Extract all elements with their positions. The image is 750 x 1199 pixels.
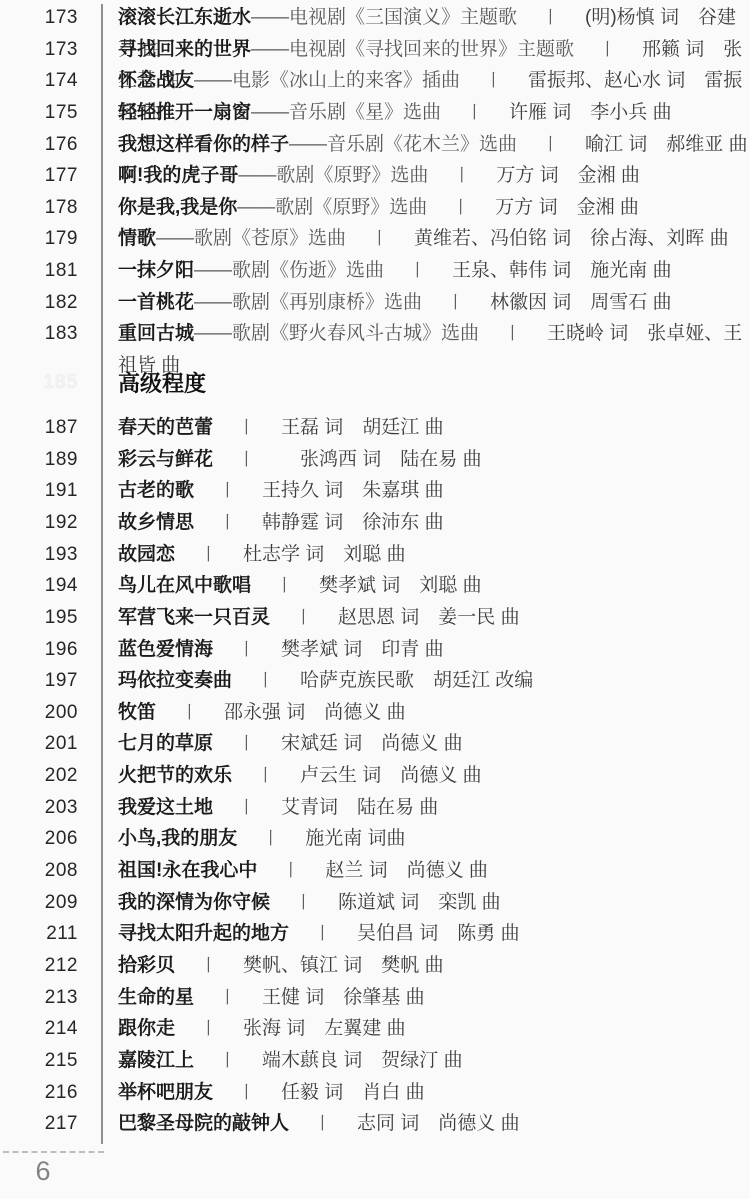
entry-separator: 丨 [452,192,469,224]
entry-text: 七月的草原丨宋斌廷 词 尚德义 曲 [118,728,463,760]
section-page-number: 185 [0,371,78,394]
toc-entry: 179情歌——歌剧《苍原》选曲丨黄维若、冯伯铭 词 徐占海、刘晖 曲 [0,223,750,255]
entry-page-number: 201 [0,728,78,760]
toc-page: 173滚滚长江东逝水——电视剧《三国演义》主题歌丨(明)杨慎 词 谷建芬 曲17… [0,0,750,1199]
entry-title: 我想这样看你的样子 [118,134,289,155]
toc-entry: 178你是我,我是你——歌剧《原野》选曲丨万方 词 金湘 曲 [0,192,750,224]
entry-text: 鸟儿在风中歌唱丨樊孝斌 词 刘聪 曲 [118,570,482,602]
entry-text: 小鸟,我的朋友丨施光南 词曲 [118,823,406,855]
entry-separator: 丨 [599,34,616,66]
entry-page-number: 212 [0,950,78,982]
entry-page-number: 173 [0,34,78,66]
entry-credits: 林徽因 词 周雪石 曲 [490,292,672,313]
entry-page-number: 216 [0,1077,78,1109]
entry-title: 小鸟,我的朋友 [118,828,237,849]
entry-text: 跟你走丨张海 词 左翼建 曲 [118,1013,406,1045]
entry-subtitle: ——歌剧《苍原》选曲 [156,228,346,249]
toc-entry: 213生命的星丨王健 词 徐肇基 曲 [0,982,750,1014]
entry-separator: 丨 [282,855,299,887]
entry-credits: 张海 词 左翼建 曲 [243,1018,406,1039]
entry-page-number: 181 [0,255,78,287]
entry-title: 你是我,我是你 [118,197,237,218]
toc-section-intermediate-continued: 173滚滚长江东逝水——电视剧《三国演义》主题歌丨(明)杨慎 词 谷建芬 曲17… [0,2,750,350]
entry-separator: 丨 [447,287,464,319]
entry-separator: 丨 [371,223,388,255]
entry-page-number: 173 [0,2,78,34]
toc-entry: 203我爱这土地丨艾青词 陆在易 曲 [0,792,750,824]
entry-title: 巴黎圣母院的敲钟人 [118,1113,289,1134]
entry-separator: 丨 [238,1077,255,1109]
entry-subtitle: ——歌剧《野火春风斗古城》选曲 [194,323,479,344]
entry-separator: 丨 [314,918,331,950]
entry-title: 彩云与鲜花 [118,449,213,470]
entry-page-number: 175 [0,97,78,129]
entry-credits: 王磊 词 胡廷江 曲 [281,417,444,438]
entry-separator: 丨 [238,444,255,476]
entry-title: 轻轻推开一扇窗 [118,102,251,123]
footer-dashed-line [3,1151,104,1153]
toc-entry: 173滚滚长江东逝水——电视剧《三国演义》主题歌丨(明)杨慎 词 谷建芬 曲 [0,2,750,34]
entry-title: 故园恋 [118,544,175,565]
entry-page-number: 178 [0,192,78,224]
entry-credits: 吴伯昌 词 陈勇 曲 [357,923,520,944]
entry-title: 滚滚长江东逝水 [118,7,251,28]
entry-credits: 艾青词 陆在易 曲 [281,797,438,818]
entry-credits: 张鸿西 词 陆在易 曲 [281,449,482,470]
entry-text: 啊!我的虎子哥——歌剧《原野》选曲丨万方 词 金湘 曲 [118,160,640,192]
entry-separator: 丨 [219,475,236,507]
toc-entry: 214跟你走丨张海 词 左翼建 曲 [0,1013,750,1045]
entry-credits: 邵永强 词 尚德义 曲 [224,702,406,723]
entry-separator: 丨 [257,760,274,792]
entry-separator: 丨 [200,1013,217,1045]
entry-page-number: 196 [0,634,78,666]
entry-separator: 丨 [181,697,198,729]
entry-page-number: 195 [0,602,78,634]
entry-subtitle: ——电视剧《寻找回来的世界》主题歌 [251,39,574,60]
entry-separator: 丨 [200,950,217,982]
toc-section-advanced: 185高级程度187春天的芭蕾丨王磊 词 胡廷江 曲189彩云与鲜花丨 张鸿西 … [0,358,750,1140]
entry-text: 我爱这土地丨艾青词 陆在易 曲 [118,792,438,824]
toc-entry: 202火把节的欢乐丨卢云生 词 尚德义 曲 [0,760,750,792]
entry-title: 春天的芭蕾 [118,417,213,438]
entry-separator: 丨 [238,792,255,824]
entry-page-number: 209 [0,887,78,919]
entry-subtitle: ——电影《冰山上的来客》插曲 [194,70,460,91]
toc-entry: 182一首桃花——歌剧《再别康桥》选曲丨林徽因 词 周雪石 曲 [0,287,750,319]
entry-separator: 丨 [257,665,274,697]
entry-separator: 丨 [295,887,312,919]
toc-entry: 208祖国!永在我心中丨赵兰 词 尚德义 曲 [0,855,750,887]
toc-entry: 173寻找回来的世界——电视剧《寻找回来的世界》主题歌丨邢籁 词 张丕基 曲 [0,34,750,66]
entry-page-number: 192 [0,507,78,539]
toc-entry: 216举杯吧朋友丨任毅 词 肖白 曲 [0,1077,750,1109]
entry-separator: 丨 [314,1108,331,1140]
entry-separator: 丨 [200,539,217,571]
entry-text: 彩云与鲜花丨 张鸿西 词 陆在易 曲 [118,444,482,476]
entry-separator: 丨 [238,634,255,666]
entry-text: 蓝色爱情海丨樊孝斌 词 印青 曲 [118,634,444,666]
toc-entry: 200牧笛丨邵永强 词 尚德义 曲 [0,697,750,729]
entry-credits: 赵思恩 词 姜一民 曲 [338,607,520,628]
entry-page-number: 213 [0,982,78,1014]
entry-text: 古老的歌丨王持久 词 朱嘉琪 曲 [118,475,444,507]
entry-credits: 端木蕻良 词 贺绿汀 曲 [262,1050,463,1071]
entry-credits: 韩静霆 词 徐沛东 曲 [262,512,444,533]
entry-subtitle: ——歌剧《原野》选曲 [238,165,428,186]
entry-subtitle: ——音乐剧《花木兰》选曲 [289,134,517,155]
entry-credits: 施光南 词曲 [305,828,405,849]
entry-title: 怀念战友 [118,70,194,91]
entry-credits: 许雁 词 李小兵 曲 [509,102,672,123]
entry-title: 蓝色爱情海 [118,639,213,660]
entry-title: 火把节的欢乐 [118,765,232,786]
entry-credits: 志同 词 尚德义 曲 [357,1113,520,1134]
entry-credits: 任毅 词 肖白 曲 [281,1082,425,1103]
toc-entry: 217巴黎圣母院的敲钟人丨志同 词 尚德义 曲 [0,1108,750,1140]
section-entries: 187春天的芭蕾丨王磊 词 胡廷江 曲189彩云与鲜花丨 张鸿西 词 陆在易 曲… [0,412,750,1140]
entry-text: 祖国!永在我心中丨赵兰 词 尚德义 曲 [118,855,488,887]
toc-entry: 177啊!我的虎子哥——歌剧《原野》选曲丨万方 词 金湘 曲 [0,160,750,192]
entry-title: 跟你走 [118,1018,175,1039]
entry-credits: 王健 词 徐肇基 曲 [262,987,425,1008]
entry-credits: 哈萨克族民歌 胡廷江 改编 [300,670,533,691]
entry-title: 一抹夕阳 [118,260,194,281]
entry-title: 寻找太阳升起的地方 [118,923,289,944]
entry-credits: 樊帆、镇江 词 樊帆 曲 [243,955,444,976]
entry-subtitle: ——电视剧《三国演义》主题歌 [251,7,517,28]
entry-page-number: 206 [0,823,78,855]
entry-text: 一首桃花——歌剧《再别康桥》选曲丨林徽因 词 周雪石 曲 [118,287,672,319]
toc-entry: 193故园恋丨杜志学 词 刘聪 曲 [0,539,750,571]
toc-entry: 191古老的歌丨王持久 词 朱嘉琪 曲 [0,475,750,507]
entry-separator: 丨 [238,728,255,760]
entry-separator: 丨 [542,129,559,161]
entry-title: 玛依拉变奏曲 [118,670,232,691]
entry-separator: 丨 [409,255,426,287]
entry-page-number: 187 [0,412,78,444]
entry-title: 我的深情为你守候 [118,892,270,913]
entry-title: 生命的星 [118,987,194,1008]
entry-separator: 丨 [295,602,312,634]
entry-page-number: 214 [0,1013,78,1045]
entry-page-number: 179 [0,223,78,255]
entry-page-number: 197 [0,665,78,697]
toc-entry: 195军营飞来一只百灵丨赵思恩 词 姜一民 曲 [0,602,750,634]
entry-page-number: 189 [0,444,78,476]
toc-entry: 174怀念战友——电影《冰山上的来客》插曲丨雷振邦、赵心水 词 雷振邦 曲 [0,65,750,97]
entry-page-number: 208 [0,855,78,887]
entry-title: 故乡情思 [118,512,194,533]
entry-credits: 陈道斌 词 栾凯 曲 [338,892,501,913]
toc-entry: 201七月的草原丨宋斌廷 词 尚德义 曲 [0,728,750,760]
entry-page-number: 211 [0,918,78,950]
toc-entry: 212拾彩贝丨樊帆、镇江 词 樊帆 曲 [0,950,750,982]
entry-title: 鸟儿在风中歌唱 [118,575,251,596]
entry-page-number: 191 [0,475,78,507]
toc-entry: 175轻轻推开一扇窗——音乐剧《星》选曲丨许雁 词 李小兵 曲 [0,97,750,129]
entry-subtitle: ——歌剧《再别康桥》选曲 [194,292,422,313]
entry-page-number: 203 [0,792,78,824]
entry-text: 火把节的欢乐丨卢云生 词 尚德义 曲 [118,760,482,792]
toc-list: 173滚滚长江东逝水——电视剧《三国演义》主题歌丨(明)杨慎 词 谷建芬 曲17… [0,0,750,1140]
toc-entry: 211寻找太阳升起的地方丨吴伯昌 词 陈勇 曲 [0,918,750,950]
entry-separator: 丨 [276,570,293,602]
entry-separator: 丨 [219,1045,236,1077]
entry-subtitle: ——音乐剧《星》选曲 [251,102,441,123]
toc-entry: 197玛依拉变奏曲丨哈萨克族民歌 胡廷江 改编 [0,665,750,697]
toc-entry: 196蓝色爱情海丨樊孝斌 词 印青 曲 [0,634,750,666]
entry-text: 军营飞来一只百灵丨赵思恩 词 姜一民 曲 [118,602,520,634]
entry-text: 你是我,我是你——歌剧《原野》选曲丨万方 词 金湘 曲 [118,192,639,224]
entry-page-number: 174 [0,65,78,97]
entry-page-number: 176 [0,129,78,161]
entry-text: 玛依拉变奏曲丨哈萨克族民歌 胡廷江 改编 [118,665,533,697]
entry-credits: 杜志学 词 刘聪 曲 [243,544,406,565]
entry-separator: 丨 [453,160,470,192]
entry-title: 军营飞来一只百灵 [118,607,270,628]
entry-text: 牧笛丨邵永强 词 尚德义 曲 [118,697,406,729]
section-entries: 173滚滚长江东逝水——电视剧《三国演义》主题歌丨(明)杨慎 词 谷建芬 曲17… [0,2,750,350]
toc-entry: 187春天的芭蕾丨王磊 词 胡廷江 曲 [0,412,750,444]
entry-credits: 万方 词 金湘 曲 [495,197,639,218]
entry-credits: 王持久 词 朱嘉琪 曲 [262,480,444,501]
entry-page-number: 202 [0,760,78,792]
entry-separator: 丨 [504,318,521,350]
entry-credits: 赵兰 词 尚德义 曲 [325,860,488,881]
entry-credits: 喻江 词 郝维亚 曲 [585,134,748,155]
entry-page-number: 183 [0,318,78,350]
entry-title: 啊!我的虎子哥 [118,165,238,186]
entry-separator: 丨 [485,65,502,97]
entry-credits: 黄维若、冯伯铭 词 徐占海、刘晖 曲 [414,228,729,249]
entry-text: 一抹夕阳——歌剧《伤逝》选曲丨王泉、韩伟 词 施光南 曲 [118,255,672,287]
entry-page-number: 177 [0,160,78,192]
entry-title: 七月的草原 [118,733,213,754]
toc-entry: 209我的深情为你守候丨陈道斌 词 栾凯 曲 [0,887,750,919]
toc-entry: 192故乡情思丨韩静霆 词 徐沛东 曲 [0,507,750,539]
entry-title: 牧笛 [118,702,156,723]
entry-page-number: 215 [0,1045,78,1077]
entry-text: 我想这样看你的样子——音乐剧《花木兰》选曲丨喻江 词 郝维亚 曲 [118,129,748,161]
entry-credits: 卢云生 词 尚德义 曲 [300,765,482,786]
entry-page-number: 217 [0,1108,78,1140]
entry-credits: 万方 词 金湘 曲 [496,165,640,186]
toc-entry: 181一抹夕阳——歌剧《伤逝》选曲丨王泉、韩伟 词 施光南 曲 [0,255,750,287]
entry-credits: 宋斌廷 词 尚德义 曲 [281,733,463,754]
toc-entry: 215嘉陵江上丨端木蕻良 词 贺绿汀 曲 [0,1045,750,1077]
entry-text: 嘉陵江上丨端木蕻良 词 贺绿汀 曲 [118,1045,463,1077]
entry-page-number: 200 [0,697,78,729]
toc-entry: 183重回古城——歌剧《野火春风斗古城》选曲丨王晓岭 词 张卓娅、王祖皆 曲 [0,318,750,350]
entry-title: 拾彩贝 [118,955,175,976]
toc-entry: 194鸟儿在风中歌唱丨樊孝斌 词 刘聪 曲 [0,570,750,602]
entry-text: 巴黎圣母院的敲钟人丨志同 词 尚德义 曲 [118,1108,520,1140]
entry-page-number: 193 [0,539,78,571]
entry-text: 故乡情思丨韩静霆 词 徐沛东 曲 [118,507,444,539]
entry-title: 我爱这土地 [118,797,213,818]
entry-text: 生命的星丨王健 词 徐肇基 曲 [118,982,425,1014]
entry-subtitle: ——歌剧《伤逝》选曲 [194,260,384,281]
entry-text: 举杯吧朋友丨任毅 词 肖白 曲 [118,1077,425,1109]
entry-separator: 丨 [219,507,236,539]
entry-title: 举杯吧朋友 [118,1082,213,1103]
entry-credits: 樊孝斌 词 印青 曲 [281,639,444,660]
entry-separator: 丨 [219,982,236,1014]
entry-separator: 丨 [238,412,255,444]
entry-title: 寻找回来的世界 [118,39,251,60]
entry-title: 情歌 [118,228,156,249]
toc-entry: 189彩云与鲜花丨 张鸿西 词 陆在易 曲 [0,444,750,476]
entry-text: 拾彩贝丨樊帆、镇江 词 樊帆 曲 [118,950,444,982]
entry-text: 寻找太阳升起的地方丨吴伯昌 词 陈勇 曲 [118,918,520,950]
entry-subtitle: ——歌剧《原野》选曲 [237,197,427,218]
book-page-number: 6 [18,1156,68,1187]
entry-separator: 丨 [542,2,559,34]
entry-page-number: 194 [0,570,78,602]
entry-title: 嘉陵江上 [118,1050,194,1071]
entry-text: 故园恋丨杜志学 词 刘聪 曲 [118,539,406,571]
entry-credits: 樊孝斌 词 刘聪 曲 [319,575,482,596]
entry-separator: 丨 [466,97,483,129]
entry-text: 轻轻推开一扇窗——音乐剧《星》选曲丨许雁 词 李小兵 曲 [118,97,672,129]
entry-page-number: 182 [0,287,78,319]
entry-text: 我的深情为你守候丨陈道斌 词 栾凯 曲 [118,887,501,919]
entry-text: 春天的芭蕾丨王磊 词 胡廷江 曲 [118,412,444,444]
toc-entry: 176我想这样看你的样子——音乐剧《花木兰》选曲丨喻江 词 郝维亚 曲 [0,129,750,161]
entry-title: 祖国!永在我心中 [118,860,257,881]
toc-entry: 206小鸟,我的朋友丨施光南 词曲 [0,823,750,855]
entry-credits: 王泉、韩伟 词 施光南 曲 [452,260,672,281]
entry-title: 古老的歌 [118,480,194,501]
section-title: 高级程度 [118,367,206,398]
entry-text: 重回古城——歌剧《野火春风斗古城》选曲丨王晓岭 词 张卓娅、王祖皆 曲 [118,318,750,381]
entry-separator: 丨 [262,823,279,855]
entry-text: 情歌——歌剧《苍原》选曲丨黄维若、冯伯铭 词 徐占海、刘晖 曲 [118,223,729,255]
entry-title: 一首桃花 [118,292,194,313]
entry-title: 重回古城 [118,323,194,344]
